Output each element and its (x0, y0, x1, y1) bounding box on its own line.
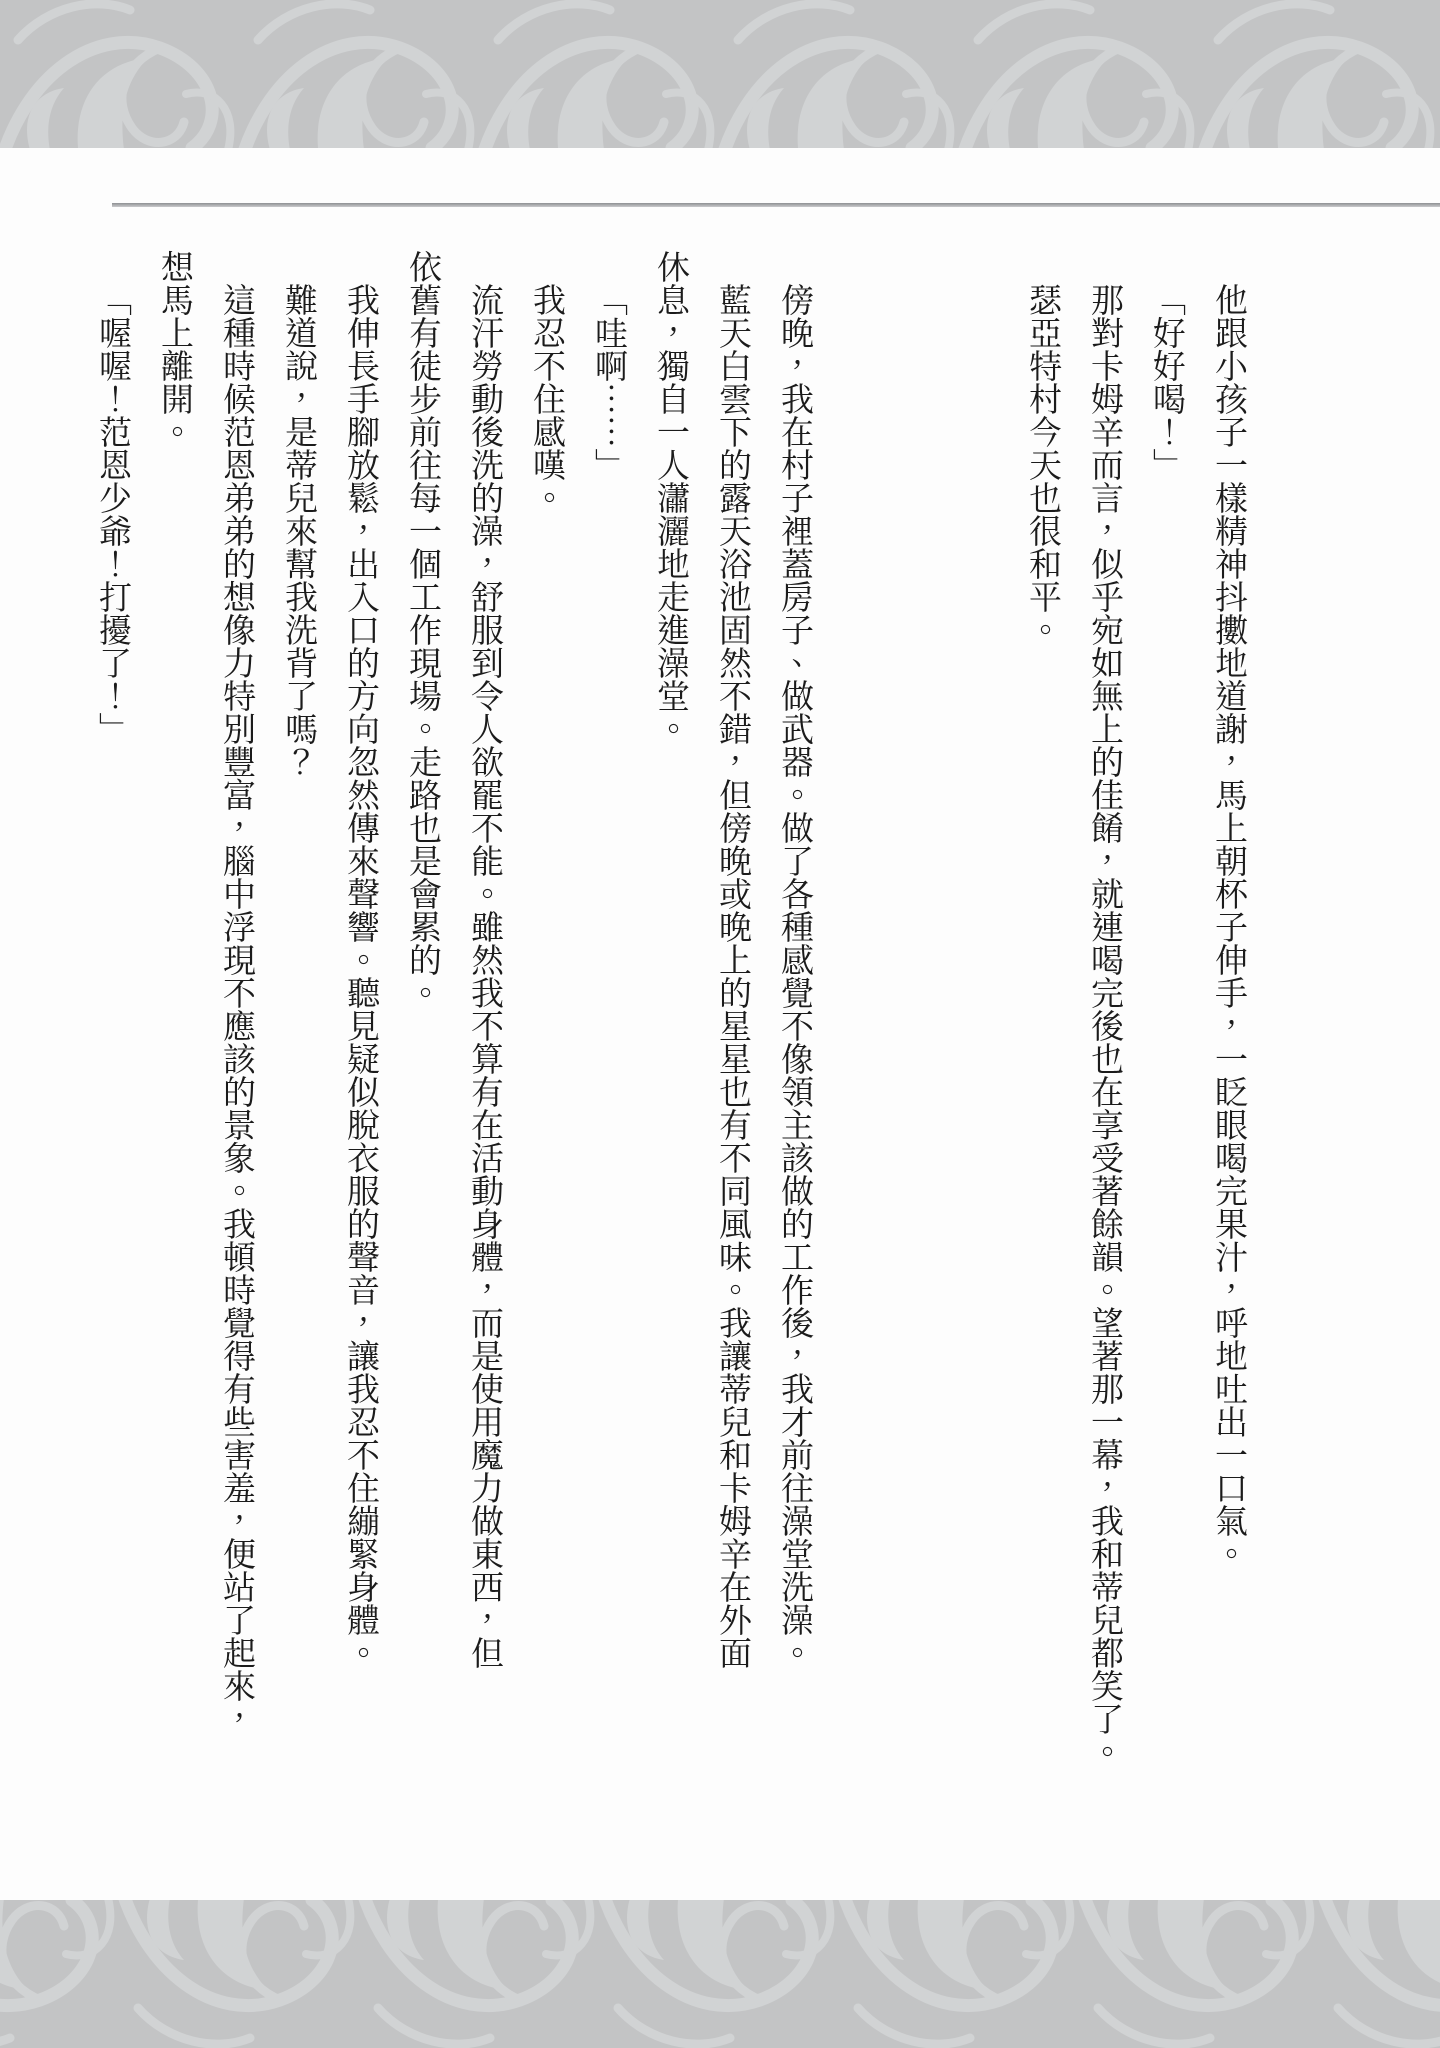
section-break-spacer (836, 250, 1002, 1810)
text-column: 他跟小孩子一樣精神抖擻地道謝，馬上朝杯子伸手，一眨眼喝完果汁，呼地吐出一口氣。 (1208, 250, 1250, 1810)
text-column: 這種時候范恩弟弟的想像力特別豐富，腦中浮現不應該的景象。我頓時覺得有些害羞，便站… (216, 250, 258, 1810)
text-column: 我忍不住感嘆。 (526, 250, 568, 1810)
text-column: 那對卡姆辛而言，似乎宛如無上的佳餚，就連喝完後也在享受著餘韻。望著那一幕，我和蒂… (1084, 250, 1126, 1810)
text-column: 傍晚，我在村子裡蓋房子、做武器。做了各種感覺不像領主該做的工作後，我才前往澡堂洗… (774, 250, 816, 1810)
dialogue-column: 「好好喝！」 (1146, 250, 1188, 1810)
dialogue-column: 「喔喔！范恩少爺！打擾了！」 (92, 250, 134, 1810)
text-column: 休息，獨自一人瀟灑地走進澡堂。 (650, 250, 692, 1810)
dialogue-column: 「哇啊⋯⋯」 (588, 250, 630, 1810)
novel-page: { "page": { "kind": "light-novel-book-pa… (0, 0, 1440, 2048)
text-column: 藍天白雲下的露天浴池固然不錯，但傍晚或晚上的星星也有不同風味。我讓蒂兒和卡姆辛在… (712, 250, 754, 1810)
header-rule (112, 203, 1440, 207)
text-column: 難道說，是蒂兒來幫我洗背了嗎？ (278, 250, 320, 1810)
text-column: 流汗勞動後洗的澡，舒服到令人欲罷不能。雖然我不算有在活動身體，而是使用魔力做東西… (464, 250, 506, 1810)
text-area: 他跟小孩子一樣精神抖擻地道謝，馬上朝杯子伸手，一眨眼喝完果汁，呼地吐出一口氣。「… (92, 250, 1250, 1810)
text-column: 瑟亞特村今天也很和平。 (1022, 250, 1064, 1810)
text-column: 我伸長手腳放鬆，出入口的方向忽然傳來聲響。聽見疑似脫衣服的聲音，讓我忍不住繃緊身… (340, 250, 382, 1810)
bottom-ornament-band (0, 1900, 1440, 2048)
text-column: 依舊有徒步前往每一個工作現場。走路也是會累的。 (402, 250, 444, 1810)
text-column: 想馬上離開。 (154, 250, 196, 1810)
top-ornament-band (0, 0, 1440, 148)
